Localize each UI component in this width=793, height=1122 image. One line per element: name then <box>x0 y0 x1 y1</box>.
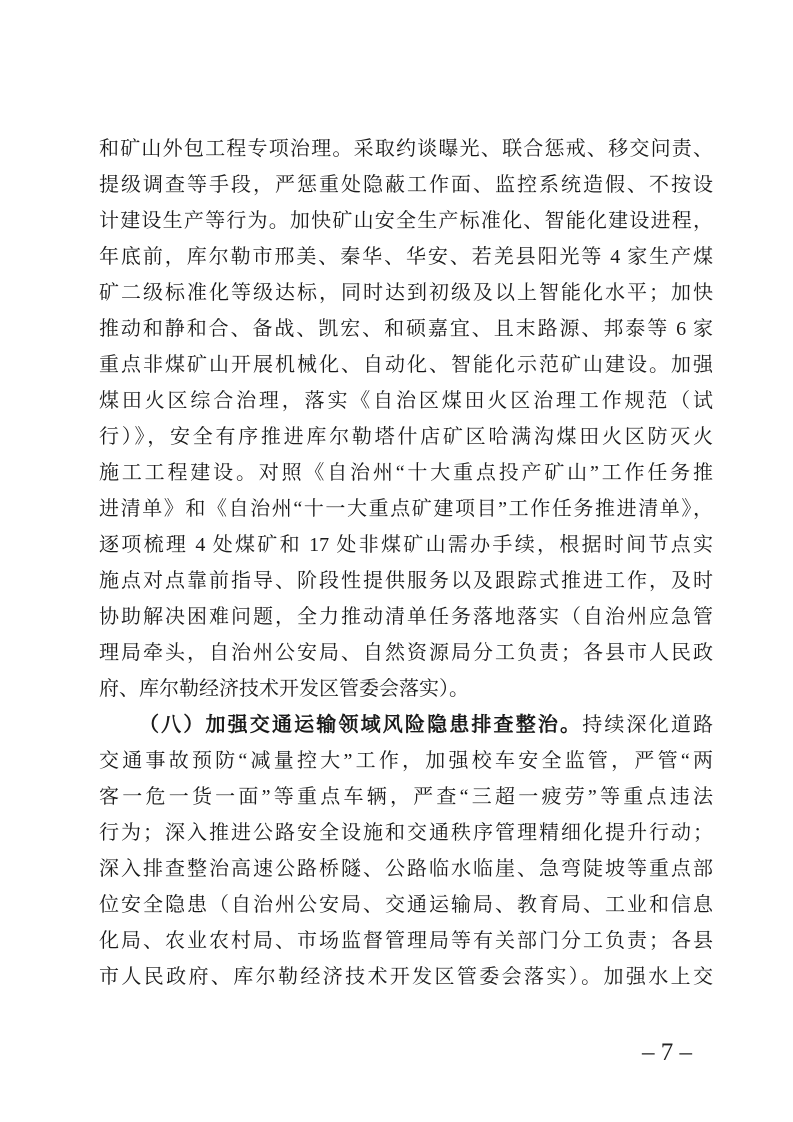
text-line: 重点非煤矿山开展机械化、自动化、智能化示范矿山建设。加强 <box>99 347 713 383</box>
text-line: （八）加强交通运输领域风险隐患排查整治。持续深化道路 <box>99 707 713 743</box>
text-line: 客一危一货一面”等重点车辆，严查“三超一疲劳”等重点违法 <box>99 779 713 815</box>
text-line: 进清单》和《自治州“十一大重点矿建项目”工作任务推进清单》， <box>99 491 713 527</box>
text-line: 施点对点靠前指导、阶段性提供服务以及跟踪式推进工作，及时 <box>99 563 713 599</box>
text-line: 逐项梳理 4 处煤矿和 17 处非煤矿山需办手续，根据时间节点实 <box>99 527 713 563</box>
text-line: 年底前，库尔勒市邢美、秦华、华安、若羌县阳光等 4 家生产煤 <box>99 239 713 275</box>
text-line: 府、库尔勒经济技术开发区管委会落实）。 <box>99 671 713 707</box>
text-line: 行）》，安全有序推进库尔勒塔什店矿区哈满沟煤田火区防灭火 <box>99 419 713 455</box>
text-line: 提级调查等手段，严惩重处隐蔽工作面、监控系统造假、不按设 <box>99 167 713 203</box>
text-line: 施工工程建设。对照《自治州“十大重点投产矿山”工作任务推 <box>99 455 713 491</box>
text-line: 行为；深入推进公路安全设施和交通秩序管理精细化提升行动； <box>99 815 713 851</box>
text-line: 和矿山外包工程专项治理。采取约谈曝光、联合惩戒、移交问责、 <box>99 131 713 167</box>
text-line: 理局牵头，自治州公安局、自然资源局分工负责；各县市人民政 <box>99 635 713 671</box>
text-line: 位安全隐患（自治州公安局、交通运输局、教育局、工业和信息 <box>99 887 713 923</box>
text-line: 计建设生产等行为。加快矿山安全生产标准化、智能化建设进程， <box>99 203 713 239</box>
document-page: 和矿山外包工程专项治理。采取约谈曝光、联合惩戒、移交问责、提级调查等手段，严惩重… <box>0 0 793 1122</box>
text-line: 市人民政府、库尔勒经济技术开发区管委会落实）。加强水上交 <box>99 959 713 995</box>
text-line: 化局、农业农村局、市场监督管理局等有关部门分工负责；各县 <box>99 923 713 959</box>
text-line: 协助解决困难问题，全力推动清单任务落地落实（自治州应急管 <box>99 599 713 635</box>
text-line: 矿二级标准化等级达标，同时达到初级及以上智能化水平；加快 <box>99 275 713 311</box>
body-text: 和矿山外包工程专项治理。采取约谈曝光、联合惩戒、移交问责、提级调查等手段，严惩重… <box>99 131 713 995</box>
text-line: 交通事故预防“减量控大”工作，加强校车安全监管，严管“两 <box>99 743 713 779</box>
text-line: 煤田火区综合治理，落实《自治区煤田火区治理工作规范（试 <box>99 383 713 419</box>
section-heading: （八）加强交通运输领域风险隐患排查整治。 <box>139 714 582 736</box>
text-line: 推动和静和合、备战、凯宏、和硕嘉宜、且末路源、邦泰等 6 家 <box>99 311 713 347</box>
text-line: 深入排查整治高速公路桥隧、公路临水临崖、急弯陡坡等重点部 <box>99 851 713 887</box>
page-number: – 7 – <box>642 1040 692 1066</box>
